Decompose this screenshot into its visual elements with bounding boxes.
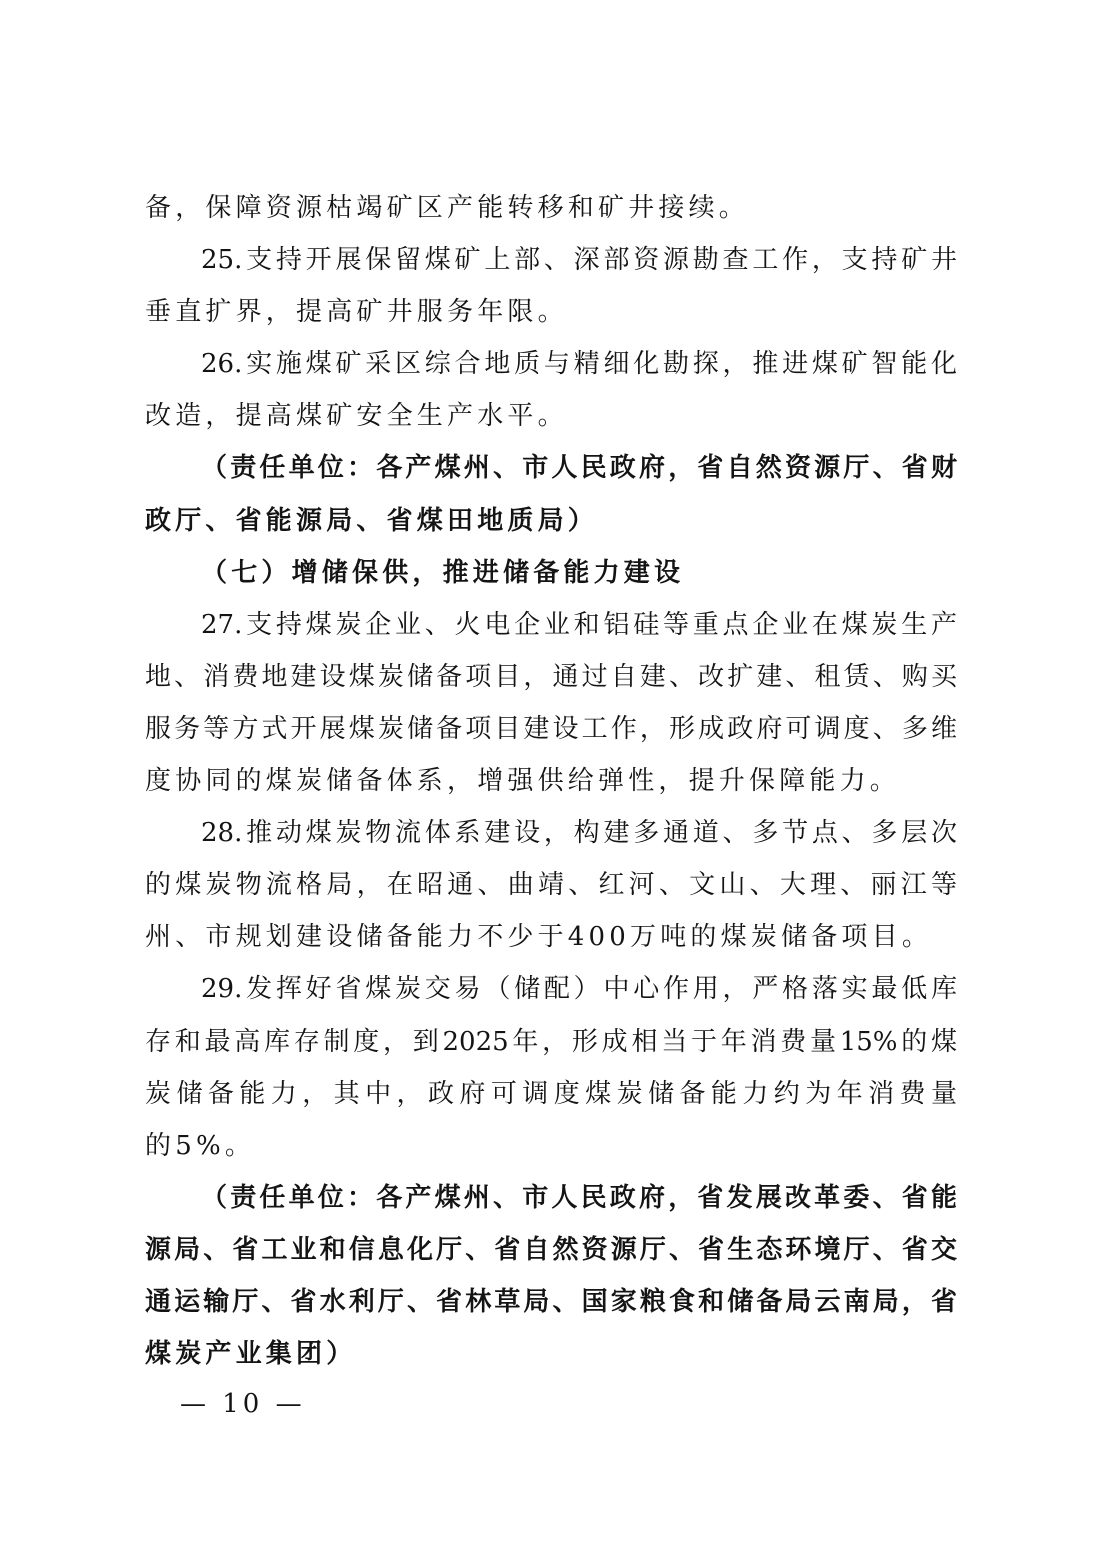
responsibility-note-1-line-2: 政厅、省能源局、省煤田地质局）: [145, 499, 957, 551]
text-line-19: 的5%。: [145, 1124, 957, 1176]
text-line-10: 地、消费地建设煤炭储备项目，通过自建、改扩建、租赁、购买: [145, 655, 957, 707]
text-line-item-27: 27.支持煤炭企业、火电企业和铝硅等重点企业在煤炭生产: [145, 603, 957, 655]
text-line-12: 度协同的煤炭储备体系，增强供给弹性，提升保障能力。: [145, 759, 957, 811]
text-line-1: 备，保障资源枯竭矿区产能转移和矿井接续。: [145, 186, 957, 238]
page-number: — 10 —: [180, 1388, 306, 1420]
document-body: 备，保障资源枯竭矿区产能转移和矿井接续。 25.支持开展保留煤矿上部、深部资源勘…: [145, 186, 957, 1384]
responsibility-note-1-line-1: （责任单位：各产煤州、市人民政府，省自然资源厅、省财: [145, 446, 957, 498]
text-line-5: 改造，提高煤矿安全生产水平。: [145, 394, 957, 446]
text-line-item-26: 26.实施煤矿采区综合地质与精细化勘探，推进煤矿智能化: [145, 342, 957, 394]
text-line-3: 垂直扩界，提高矿井服务年限。: [145, 290, 957, 342]
text-line-17: 存和最高库存制度，到2025年，形成相当于年消费量15%的煤: [145, 1020, 957, 1072]
text-line-item-28: 28.推动煤炭物流体系建设，构建多通道、多节点、多层次: [145, 811, 957, 863]
text-line-item-29: 29.发挥好省煤炭交易（储配）中心作用，严格落实最低库: [145, 967, 957, 1019]
responsibility-note-2-line-2: 源局、省工业和信息化厅、省自然资源厅、省生态环境厅、省交: [145, 1228, 957, 1280]
responsibility-note-2-line-3: 通运输厅、省水利厅、省林草局、国家粮食和储备局云南局，省: [145, 1280, 957, 1332]
responsibility-note-2-line-1: （责任单位：各产煤州、市人民政府，省发展改革委、省能: [145, 1176, 957, 1228]
responsibility-note-2-line-4: 煤炭产业集团）: [145, 1332, 957, 1384]
section-heading-7: （七）增储保供，推进储备能力建设: [145, 551, 957, 603]
text-line-item-25: 25.支持开展保留煤矿上部、深部资源勘查工作，支持矿井: [145, 238, 957, 290]
text-line-15: 州、市规划建设储备能力不少于400万吨的煤炭储备项目。: [145, 915, 957, 967]
text-line-11: 服务等方式开展煤炭储备项目建设工作，形成政府可调度、多维: [145, 707, 957, 759]
text-line-18: 炭储备能力，其中，政府可调度煤炭储备能力约为年消费量: [145, 1072, 957, 1124]
text-line-14: 的煤炭物流格局，在昭通、曲靖、红河、文山、大理、丽江等: [145, 863, 957, 915]
document-page: 备，保障资源枯竭矿区产能转移和矿井接续。 25.支持开展保留煤矿上部、深部资源勘…: [0, 0, 1103, 1560]
